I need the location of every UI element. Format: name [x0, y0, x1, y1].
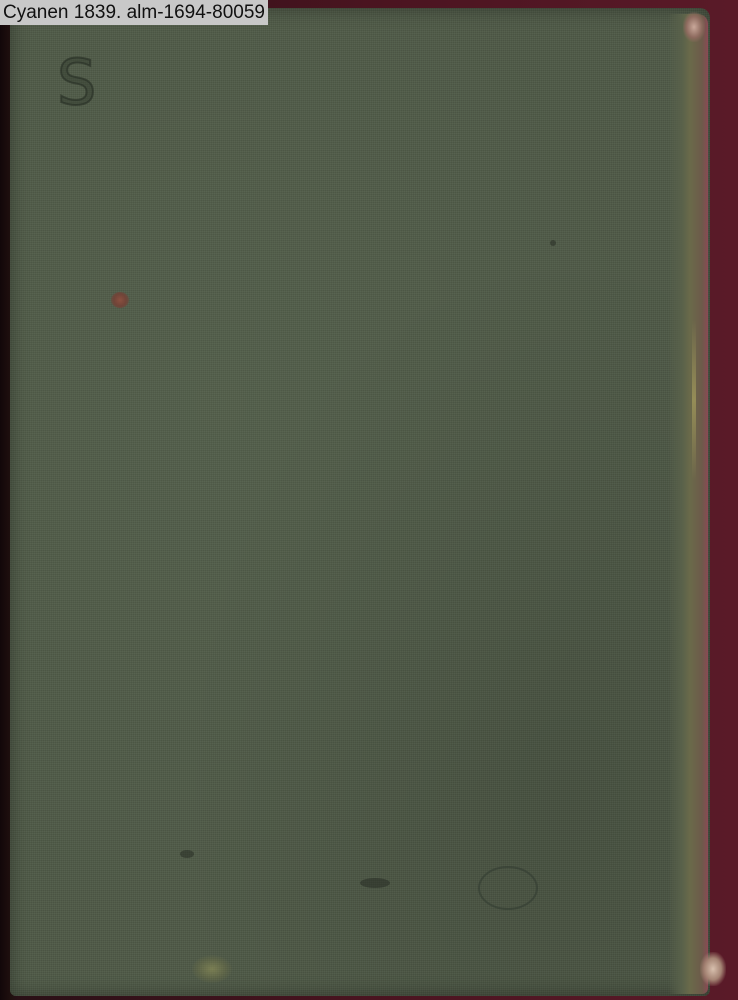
bottom-discoloration [192, 955, 232, 983]
book-cover [10, 8, 710, 996]
image-caption: Cyanen 1839. alm-1694-80059 [0, 0, 268, 25]
spine-highlight [692, 320, 696, 480]
book-spine-edge [668, 14, 708, 994]
scuff-mark [360, 878, 390, 888]
stain-spot [111, 292, 129, 308]
scuff-mark [180, 850, 194, 858]
scuff-mark [550, 240, 556, 246]
corner-wear-bottom [700, 952, 726, 986]
embossed-monogram: S [57, 52, 96, 114]
corner-wear-top [683, 12, 705, 42]
water-ring-mark [478, 866, 538, 910]
